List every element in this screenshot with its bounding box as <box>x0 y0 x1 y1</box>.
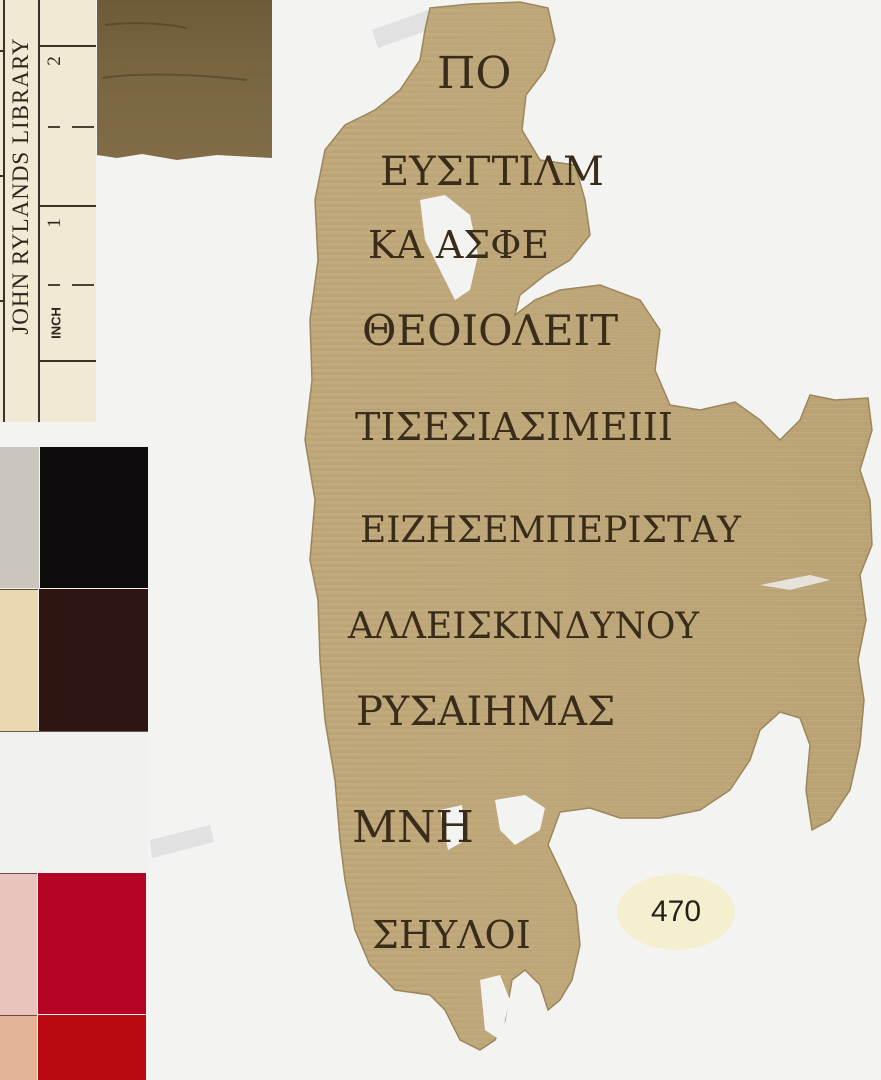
papyrus-text-line: ΡΥΣΑΙΗΜΑΣ <box>356 689 615 735</box>
papyrus-text-line: ΠΟ <box>437 48 511 99</box>
papyrus-text-line: ΤΙΣΕΣΙΑΣΙΜΕΙΙΙ <box>355 405 673 449</box>
papyrus-text-line: ΕΥΣΓΤΙΛΜ <box>380 149 604 195</box>
papyrus-text-line: ΕΙΖΗΣΕΜΠΕΡΙΣΤΑΥ <box>360 510 742 551</box>
papyrus-text-line: ΚΑ ΑΣΦΕ <box>368 223 549 267</box>
papyrus-text-line: ΑΛΛΕΙΣΚΙΝΔΥΝΟΥ <box>347 606 700 647</box>
catalog-number: 470 <box>651 895 701 929</box>
papyrus-fragment: ΠΟ ΕΥΣΓΤΙΛΜ ΚΑ ΑΣΦΕ ΘΕΟΙΟΛΕΙΤ ΤΙΣΕΣΙΑΣΙΜ… <box>0 0 881 1080</box>
papyrus-text-line: ΜΝΗ <box>352 802 474 853</box>
papyrus-text-line: ΘΕΟΙΟΛΕΙΤ <box>362 306 618 355</box>
catalog-number-tag: 470 <box>617 874 735 950</box>
papyrus-text-line: ΣΗΥΛΟΙ <box>372 913 531 957</box>
